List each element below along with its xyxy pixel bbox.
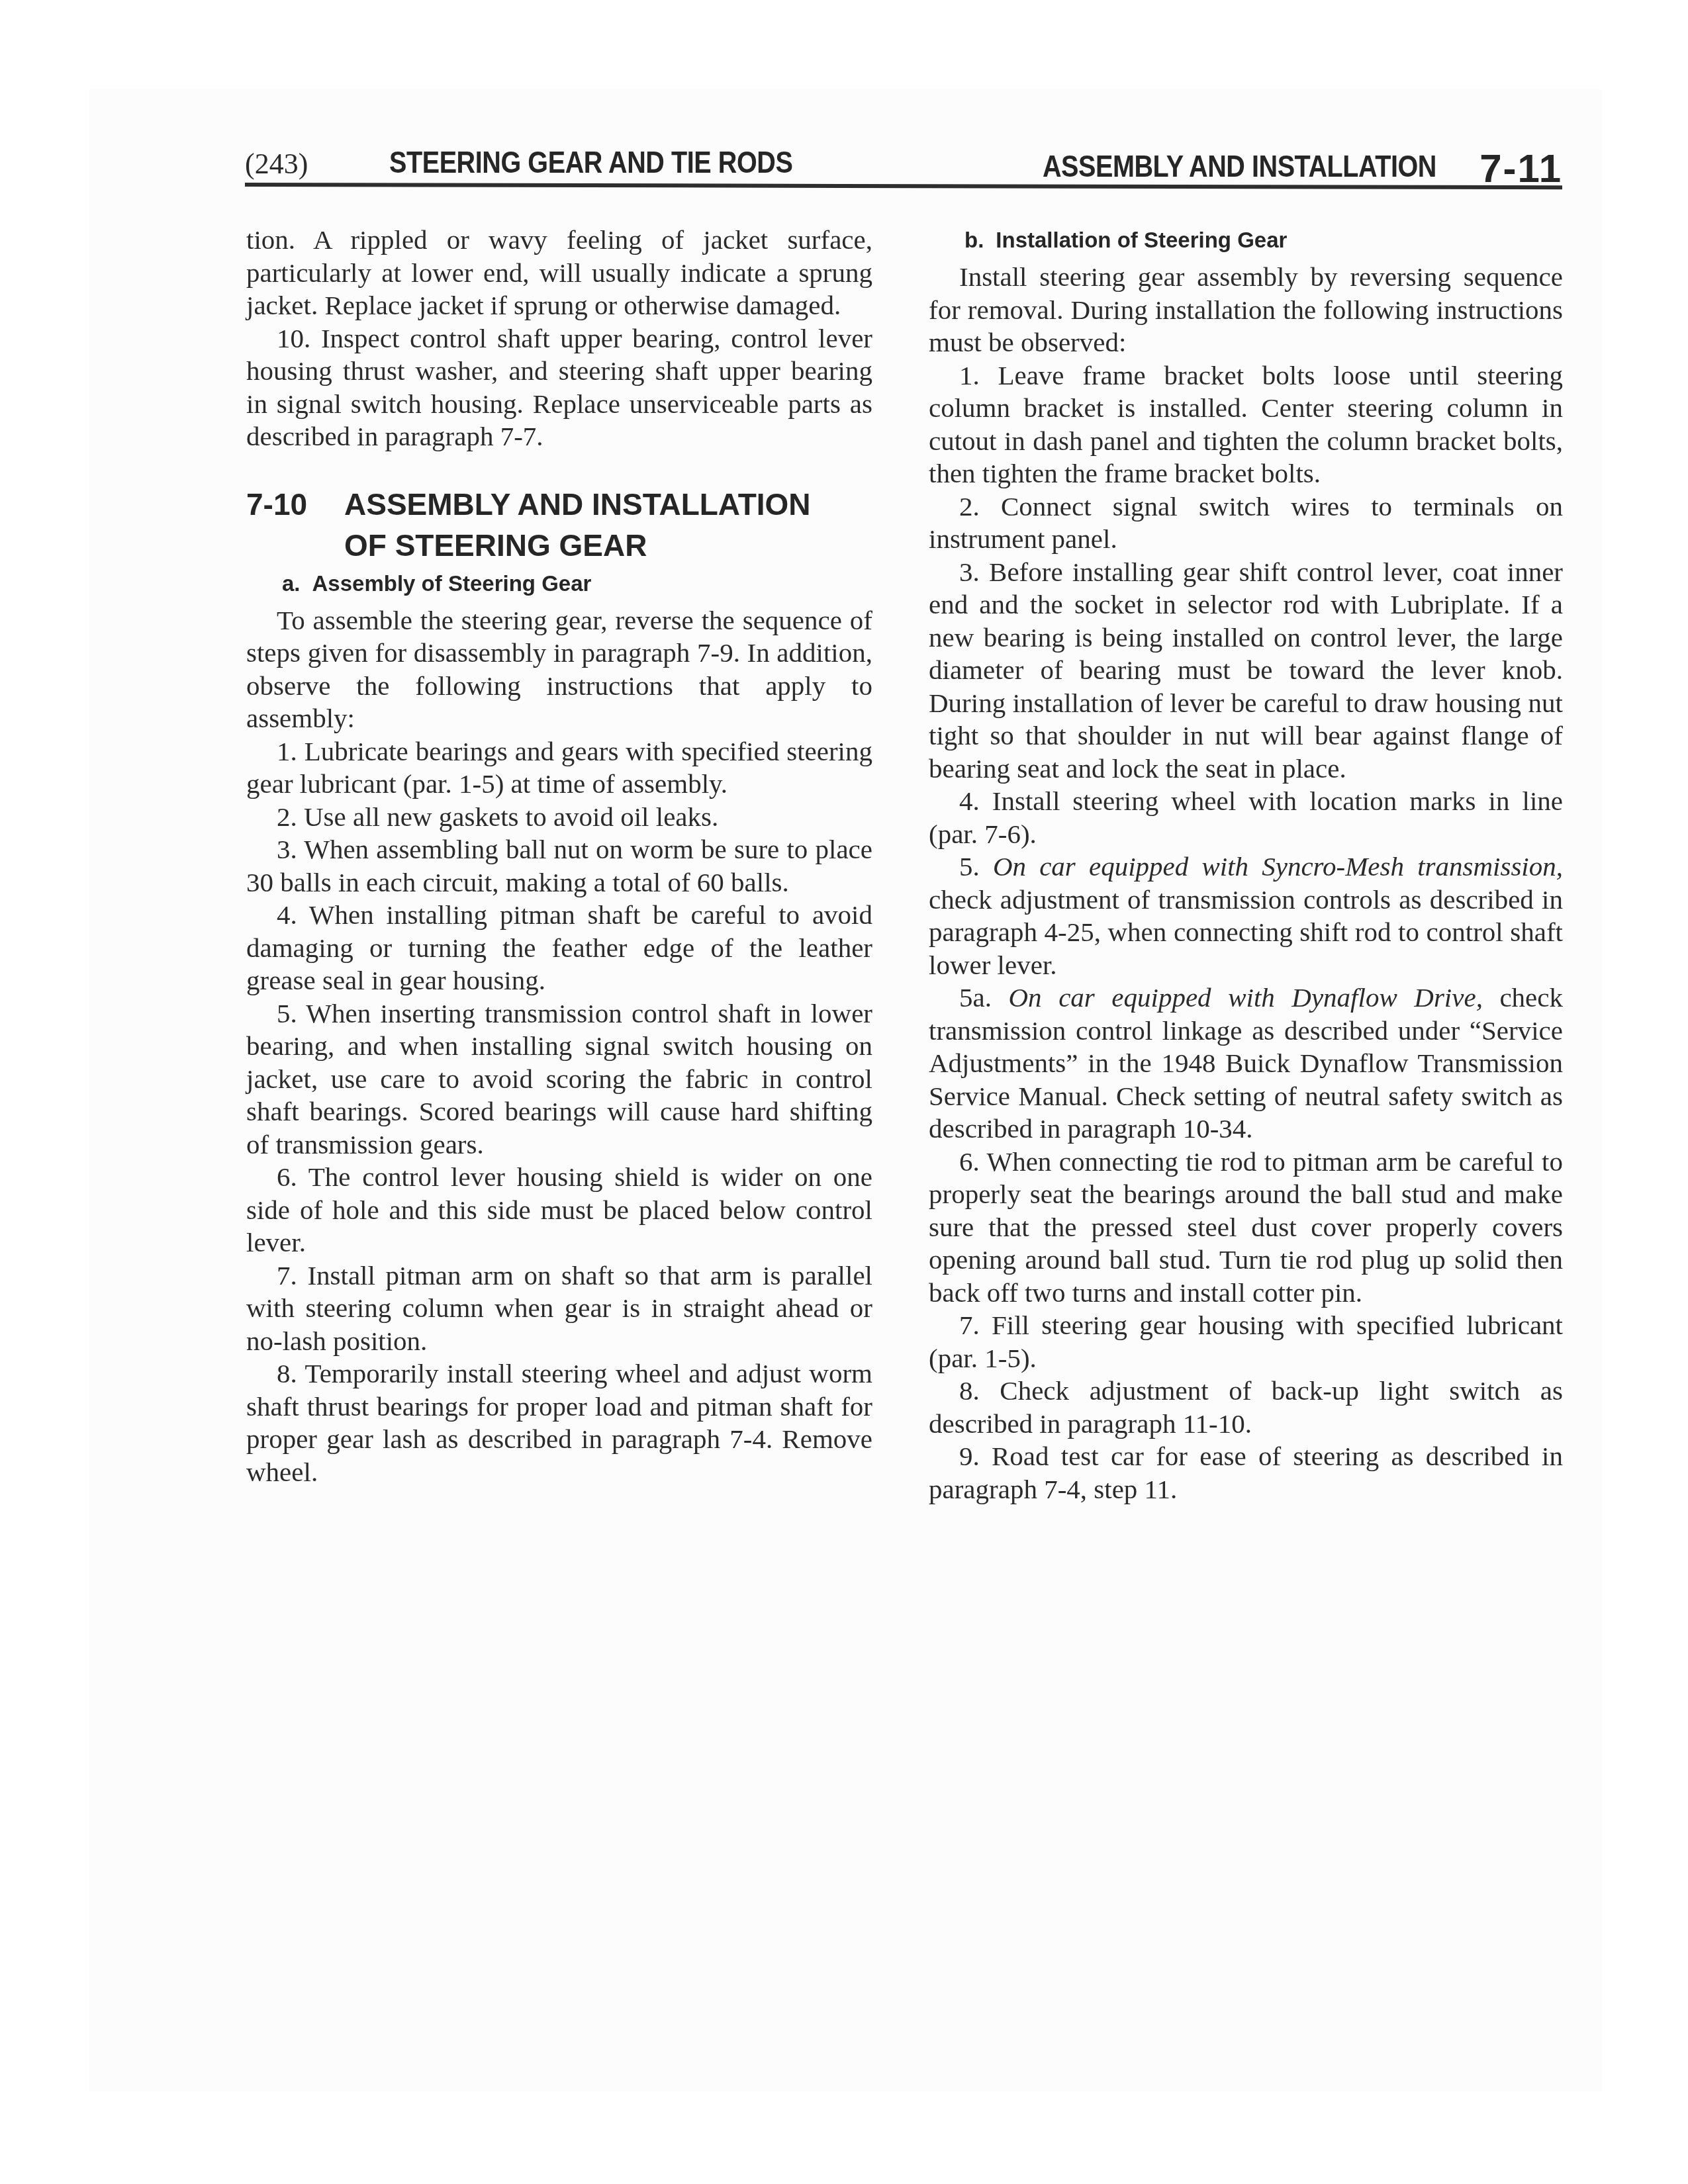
section-heading-7-10: 7-10ASSEMBLY AND INSTALLATION OF STEERIN… xyxy=(246,484,872,566)
assembly-step: 4. When installing pitman shaft be caref… xyxy=(246,899,872,997)
assembly-step: 5. When inserting transmission control s… xyxy=(246,997,872,1161)
installation-step: 6. When connecting tie rod to pitman arm… xyxy=(929,1146,1563,1310)
continued-paragraph: tion. A rippled or wavy feeling of jacke… xyxy=(246,224,872,322)
installation-step: 4. Install steering wheel with location … xyxy=(929,785,1563,850)
step-number: 5a. xyxy=(959,982,992,1013)
subsection-title: Assembly of Steering Gear xyxy=(312,571,592,596)
left-column: tion. A rippled or wavy feeling of jacke… xyxy=(246,224,872,1488)
assembly-step: 7. Install pitman arm on shaft so that a… xyxy=(246,1259,872,1358)
subsection-letter: a. xyxy=(282,571,301,596)
installation-step: 2. Connect signal switch wires to termin… xyxy=(929,490,1563,556)
section-title-line1: ASSEMBLY AND INSTALLATION xyxy=(344,487,811,522)
subsection-heading-a: a.Assembly of Steering Gear xyxy=(246,567,872,600)
subsection-letter: b. xyxy=(964,228,984,252)
section-number: 7-10 xyxy=(246,484,344,525)
running-section-title: ASSEMBLY AND INSTALLATION xyxy=(1043,148,1436,184)
installation-step-5: 5. On car equipped with Syncro-Mesh tran… xyxy=(929,850,1563,981)
assembly-intro: To assemble the steering gear, reverse t… xyxy=(246,604,872,735)
installation-step: 7. Fill steering gear housing with speci… xyxy=(929,1309,1563,1375)
step-number: 5. xyxy=(959,851,980,882)
page-section-number: 7-11 xyxy=(1479,146,1562,191)
assembly-step: 1. Lubricate bearings and gears with spe… xyxy=(246,735,872,801)
installation-step: 8. Check adjustment of back-up light swi… xyxy=(929,1375,1563,1440)
installation-step: 9. Road test car for ease of steering as… xyxy=(929,1440,1563,1506)
subsection-heading-b: b.Installation of Steering Gear xyxy=(929,224,1563,257)
installation-step-5a: 5a. On car equipped with Dynaflow Drive,… xyxy=(929,981,1563,1146)
right-column: b.Installation of Steering Gear Install … xyxy=(929,224,1563,1506)
assembly-step: 3. When assembling ball nut on worm be s… xyxy=(246,833,872,899)
subsection-title: Installation of Steering Gear xyxy=(996,228,1287,252)
step-condition: On car equipped with Syncro-Mesh transmi… xyxy=(993,851,1563,882)
inspection-step-10: 10. Inspect control shaft upper bearing,… xyxy=(246,322,872,453)
step-condition: On car equipped with Dynaflow Drive, xyxy=(1009,982,1483,1013)
section-title-line2: OF STEERING GEAR xyxy=(246,525,872,566)
installation-intro: Install steering gear assembly by revers… xyxy=(929,261,1563,359)
installation-step: 3. Before installing gear shift control … xyxy=(929,556,1563,786)
assembly-step: 2. Use all new gaskets to avoid oil leak… xyxy=(246,801,872,834)
assembly-step: 6. The control lever housing shield is w… xyxy=(246,1161,872,1259)
assembly-step: 8. Temporarily install steering wheel an… xyxy=(246,1357,872,1488)
step-text: check adjustment of transmission control… xyxy=(929,884,1563,980)
installation-step: 1. Leave frame bracket bolts loose until… xyxy=(929,359,1563,490)
page-number: (243) xyxy=(245,147,308,181)
chapter-title: STEERING GEAR AND TIE RODS xyxy=(389,144,792,180)
